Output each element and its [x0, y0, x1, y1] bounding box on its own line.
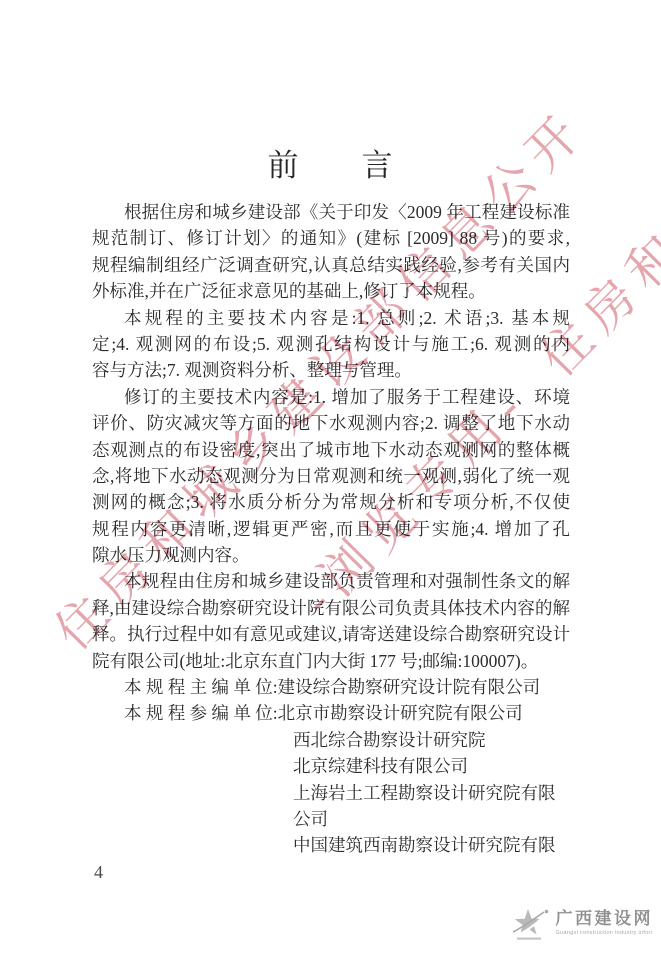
text-line: 评价、防灾减灾等方面的地下水观测内容;2. 调整了地下水动 — [92, 410, 570, 436]
title-char-2: 言 — [362, 140, 394, 185]
page-number: 4 — [94, 862, 103, 883]
text-line: 本 规 程 主 编 单 位:建设综合勘察研究设计院有限公司 — [92, 674, 570, 700]
text-line: 定;4. 观测网的布设;5. 观测孔结构设计与施工;6. 观测的内 — [92, 331, 570, 357]
logo-site-name: 广西建设网 — [556, 909, 654, 928]
text-line: 容与方法;7. 观测资料分析、整理与管理。 — [92, 357, 570, 383]
text-line: 外标准,并在广泛征求意见的基础上,修订了本规程。 — [92, 278, 570, 304]
logo-tagline: Guangxi construction industry informatio… — [556, 930, 652, 936]
text-line: 规范制订、修订计划〉的通知》(建标 [2009] 88 号)的要求, — [92, 225, 570, 251]
body-text: 根据住房和城乡建设部《关于印发〈2009 年工程建设标准规范制订、修订计划〉的通… — [92, 199, 570, 859]
text-line: 院有限公司(地址:北京东直门内大街 177 号;邮编:100007)。 — [92, 648, 570, 674]
text-line: 释,由建设综合勘察研究设计院有限公司负责具体技术内容的解 — [92, 595, 570, 621]
text-line: 规程内容更清晰,逻辑更严密,而且更便于实施;4. 增加了孔 — [92, 516, 570, 542]
text-line: 北京综建科技有限公司 — [92, 753, 570, 779]
text-line: 根据住房和城乡建设部《关于印发〈2009 年工程建设标准 — [92, 199, 570, 225]
text-line: 规程编制组经广泛调查研究,认真总结实践经验,参考有关国内 — [92, 252, 570, 278]
text-line: 中国建筑西南勘察设计研究院有限 — [92, 832, 570, 858]
logo-text-block: 广西建设网 Guangxi construction industry info… — [556, 905, 654, 936]
text-line: 隙水压力观测内容。 — [92, 542, 570, 568]
text-line: 态观测点的布设密度,突出了城市地下水动态观测网的整体概 — [92, 437, 570, 463]
text-line: 念,将地下水动态观测分为日常观测和统一观测,弱化了统一观 — [92, 463, 570, 489]
document-page: 前 言 根据住房和城乡建设部《关于印发〈2009 年工程建设标准规范制订、修订计… — [0, 0, 661, 958]
text-line: 修订的主要技术内容是:1. 增加了服务于工程建设、环境 — [92, 384, 570, 410]
text-line: 西北综合勘察设计研究院 — [92, 727, 570, 753]
star-icon — [511, 905, 551, 948]
text-line: 公司 — [92, 806, 570, 832]
text-line: 本 规 程 参 编 单 位:北京市勘察设计研究院有限公司 — [92, 700, 570, 726]
text-line: 测网的概念;3. 将水质分析分为常规分析和专项分析,不仅使 — [92, 489, 570, 515]
text-line: 本规程由住房和城乡建设部负责管理和对强制性条文的解 — [92, 568, 570, 594]
text-line: 本规程的主要技术内容是:1. 总则;2. 术语;3. 基本规 — [92, 305, 570, 331]
site-logo: 广西建设网 Guangxi construction industry info… — [511, 905, 654, 948]
page-title: 前 言 — [0, 140, 661, 185]
title-char-1: 前 — [268, 140, 300, 185]
text-line: 释。执行过程中如有意见或建议,请寄送建设综合勘察研究设计 — [92, 621, 570, 647]
text-line: 上海岩土工程勘察设计研究院有限 — [92, 780, 570, 806]
